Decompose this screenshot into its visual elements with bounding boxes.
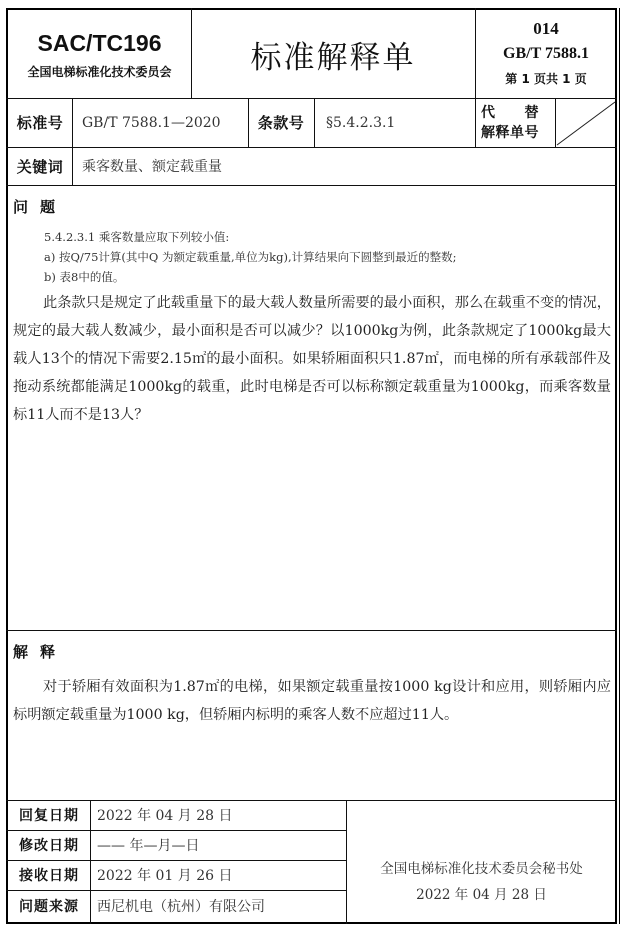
issuer-block: 全国电梯标准化技术委员会秘书处 2022 年 04 月 28 日	[346, 856, 617, 908]
org-name: 全国电梯标准化技术委员会	[27, 63, 171, 80]
replace-label-line1: 代 替	[481, 103, 539, 123]
issuer-name: 全国电梯标准化技术委员会秘书处	[346, 856, 617, 882]
clause-label: 条款号	[248, 98, 314, 147]
form-border-double	[619, 8, 620, 924]
source-label: 问题来源	[8, 890, 90, 922]
form-title-cell: 标准解释单	[191, 10, 475, 98]
source-value: 西尼机电（杭州）有限公司	[97, 890, 346, 922]
answer-title: 解释	[13, 641, 67, 662]
standard-ref: GB/T 7588.1	[503, 40, 589, 68]
form-title: 标准解释单	[251, 32, 416, 77]
receive-date-value: 2022 年 01 月 26 日	[97, 860, 346, 890]
keywords-value: 乘客数量、额定载重量	[82, 147, 612, 185]
divider	[314, 98, 315, 147]
divider	[6, 185, 617, 186]
modify-date-value: —— 年—月—日	[97, 830, 346, 860]
replace-label-line2: 解释单号	[481, 123, 539, 143]
question-title: 问题	[13, 196, 67, 217]
standard-no-value: GB/T 7588.1—2020	[82, 98, 248, 147]
reply-date-label: 回复日期	[8, 800, 90, 830]
keywords-label: 关键词	[8, 147, 72, 185]
replace-value-empty	[555, 98, 617, 147]
question-clause: 5.4.2.3.1 乘客数量应取下列较小值: a) 按Q/75计算(其中Q 为额…	[44, 227, 604, 287]
question-body: 此条款只是规定了此载重量下的最大载人数量所需要的最小面积，那么在载重不变的情况，…	[13, 289, 611, 429]
divider	[90, 800, 91, 924]
clause-line: b) 表8中的值。	[44, 267, 604, 287]
org-code: SAC/TC196	[38, 29, 162, 57]
reply-date-value: 2022 年 04 月 28 日	[97, 800, 346, 830]
clause-value: §5.4.2.3.1	[326, 98, 475, 147]
diagonal-slash-icon	[555, 98, 617, 147]
modify-date-label: 修改日期	[8, 830, 90, 860]
standard-no-label: 标准号	[8, 98, 72, 147]
replace-label: 代 替 解释单号	[481, 98, 555, 147]
org-block: SAC/TC196 全国电梯标准化技术委员会	[8, 10, 191, 98]
receive-date-label: 接收日期	[8, 860, 90, 890]
divider	[6, 630, 617, 631]
issue-date: 2022 年 04 月 28 日	[346, 882, 617, 908]
divider	[72, 98, 73, 185]
serial-block: 014 GB/T 7588.1 第 1 页共 1 页	[475, 10, 617, 98]
clause-line: a) 按Q/75计算(其中Q 为额定载重量,单位为kg),计算结果向下圆整到最近…	[44, 247, 604, 267]
page-info: 第 1 页共 1 页	[505, 68, 586, 90]
answer-body: 对于轿厢有效面积为1.87㎡的电梯，如果额定载重量按1000 kg设计和应用，则…	[13, 673, 611, 729]
clause-line: 5.4.2.3.1 乘客数量应取下列较小值:	[44, 227, 604, 247]
serial-number: 014	[533, 18, 559, 40]
